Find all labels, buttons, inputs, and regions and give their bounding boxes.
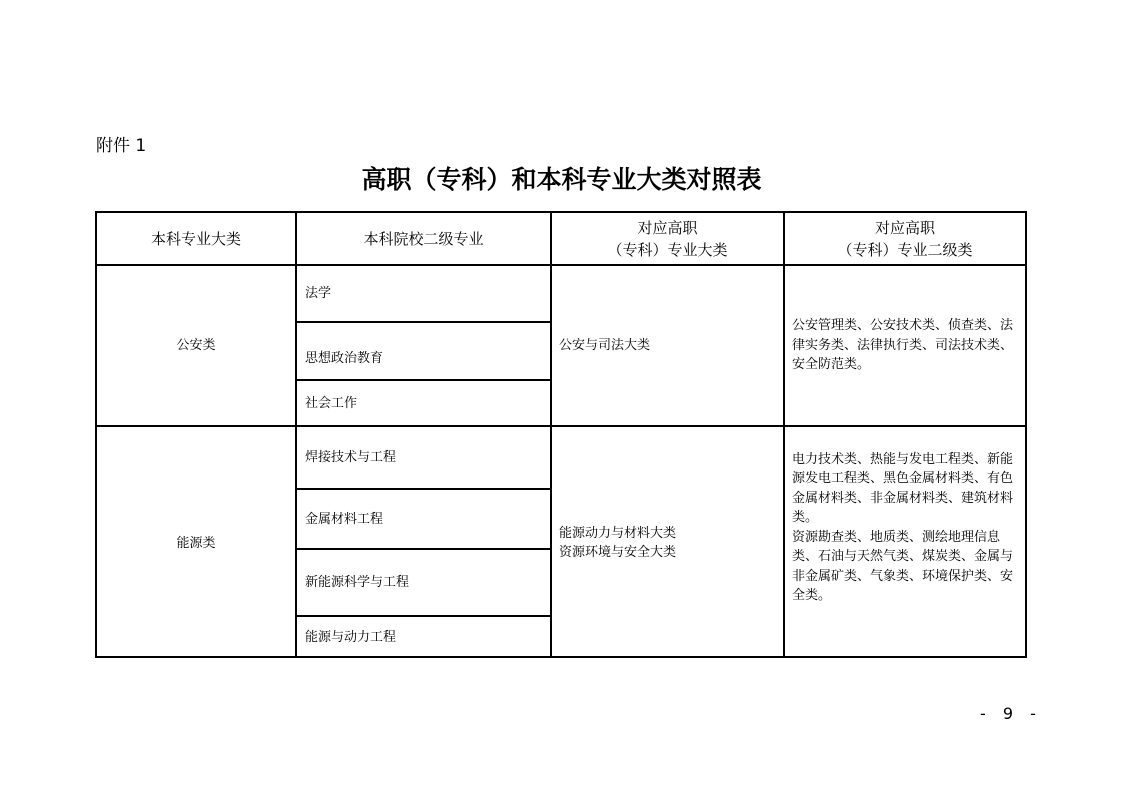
header-text: （专科）专业大类 xyxy=(607,239,727,261)
major-cell: 金属材料工程 xyxy=(297,490,550,548)
major-text: 金属材料工程 xyxy=(305,510,383,529)
vocational-category-cell: 能源动力与材料大类 资源环境与安全大类 xyxy=(552,427,783,658)
header-undergrad-category: 本科专业大类 xyxy=(97,213,295,264)
header-text: 本科院校二级专业 xyxy=(363,228,483,250)
vocational-category-text: 能源动力与材料大类 xyxy=(559,524,676,543)
vocational-subcategory-text: 电力技术类、热能与发电工程类、新能源发电工程类、黑色金属材料类、有色金属材料类、… xyxy=(792,450,1019,528)
header-text: 本科专业大类 xyxy=(151,228,241,250)
major-text: 社会工作 xyxy=(305,394,357,413)
header-text: （专科）专业二级类 xyxy=(837,239,972,261)
comparison-table: 本科专业大类 本科院校二级专业 对应高职 （专科）专业大类 对应高职 （专科）专… xyxy=(95,211,1027,658)
title-text: 高职（专科）和本科专业大类对照表 xyxy=(361,165,761,194)
header-undergrad-major: 本科院校二级专业 xyxy=(297,213,550,264)
header-text: 对应高职 xyxy=(875,217,935,239)
vocational-subcategory-cell: 电力技术类、热能与发电工程类、新能源发电工程类、黑色金属材料类、有色金属材料类、… xyxy=(785,427,1025,658)
major-text: 能源与动力工程 xyxy=(305,628,396,647)
major-cell: 能源与动力工程 xyxy=(297,617,550,658)
page-number: - 9 - xyxy=(980,704,1042,723)
major-text: 思想政治教育 xyxy=(305,349,383,368)
major-text: 焊接技术与工程 xyxy=(305,448,396,467)
vocational-subcategory-cell: 公安管理类、公安技术类、侦查类、法律实务类、法律执行类、司法技术类、安全防范类。 xyxy=(785,266,1025,425)
category-text: 能源类 xyxy=(176,534,215,553)
vocational-subcategory-text: 公安管理类、公安技术类、侦查类、法律实务类、法律执行类、司法技术类、安全防范类。 xyxy=(792,316,1019,375)
vocational-subcategory-text: 资源勘查类、地质类、测绘地理信息类、石油与天然气类、煤炭类、金属与非金属矿类、气… xyxy=(792,528,1019,606)
category-text: 公安类 xyxy=(176,336,215,355)
category-cell: 公安类 xyxy=(97,266,295,425)
major-text: 法学 xyxy=(305,284,331,303)
vocational-category-text: 资源环境与安全大类 xyxy=(559,543,676,562)
header-vocational-category: 对应高职 （专科）专业大类 xyxy=(552,213,783,264)
header-text: 对应高职 xyxy=(637,217,697,239)
attachment-label: 附件 1 xyxy=(96,131,146,156)
major-cell: 社会工作 xyxy=(297,381,550,425)
header-vocational-subcategory: 对应高职 （专科）专业二级类 xyxy=(785,213,1025,264)
major-cell: 新能源科学与工程 xyxy=(297,550,550,615)
major-cell: 焊接技术与工程 xyxy=(297,427,550,488)
major-cell: 思想政治教育 xyxy=(297,323,550,379)
major-text: 新能源科学与工程 xyxy=(305,573,409,592)
vocational-category-text: 公安与司法大类 xyxy=(559,336,650,355)
page-title: 高职（专科）和本科专业大类对照表 xyxy=(0,160,1123,196)
category-cell: 能源类 xyxy=(97,427,295,658)
vocational-category-cell: 公安与司法大类 xyxy=(552,266,783,425)
major-cell: 法学 xyxy=(297,266,550,321)
